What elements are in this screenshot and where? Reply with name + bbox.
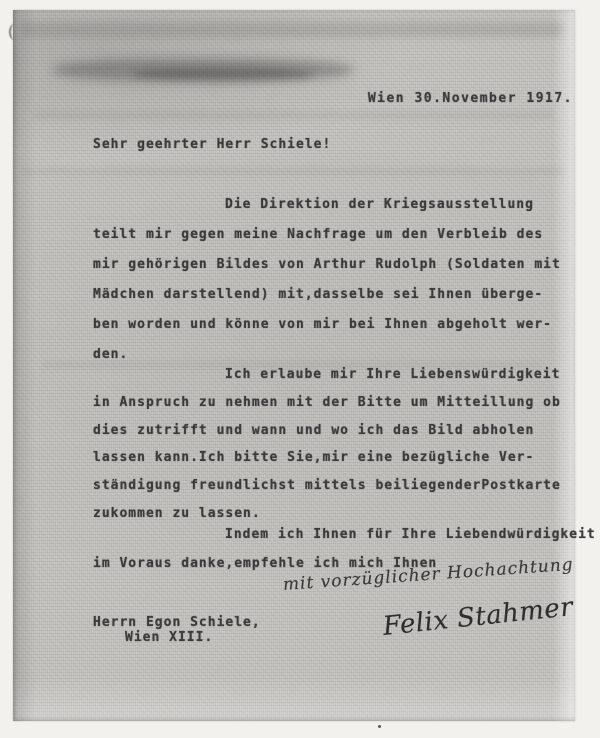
typed-line: Mädchen darstellend) mit,dasselbe sei Ih… — [93, 288, 543, 301]
salutation: Sehr geehrter Herr Schiele! — [93, 138, 331, 151]
typed-line: Die Direktion der Kriegsausstellung — [225, 198, 534, 211]
typed-line: ben worden und könne von mir bei Ihnen a… — [93, 318, 552, 331]
typed-line: dies zutrifft und wann und wo ich das Bi… — [93, 424, 534, 437]
recipient-city-line: Wien XIII. — [125, 631, 213, 644]
date-line: Wien 30.November 1917. — [368, 92, 573, 105]
handwritten-signature: Felix Stahmer — [381, 592, 574, 642]
scan-streak — [33, 112, 553, 118]
typed-line: Indem ich Ihnen für Ihre Liebendwürdigke… — [225, 528, 596, 541]
typed-line: mir gehörigen Bildes von Arthur Rudolph … — [93, 258, 561, 271]
typed-line: lassen kann.Ich bitte Sie,mir eine bezüg… — [93, 451, 534, 464]
scan-edge-mark — [9, 24, 19, 40]
scan-smudge-bar — [53, 58, 353, 82]
recipient-name-line: Herrn Egon Schiele, — [93, 616, 261, 629]
typed-line: zukommen zu lassen. — [93, 507, 261, 520]
scanned-letter-image: Wien 30.November 1917. Sehr geehrter Her… — [0, 0, 600, 738]
scan-streak — [23, 168, 563, 175]
letter-paper: Wien 30.November 1917. Sehr geehrter Her… — [13, 10, 575, 721]
scan-smudge-top-band — [19, 22, 564, 37]
scan-smudge-bar-dark — [133, 68, 313, 80]
typed-line: den. — [93, 348, 128, 361]
typed-line: Ich erlaube mir Ihre Liebenswürdigkeit — [225, 368, 560, 381]
typed-line: ständigung freundlichst mittels beiliege… — [93, 479, 561, 492]
scan-speck — [378, 725, 381, 728]
typed-line: in Anspruch zu nehmen mit der Bitte um M… — [93, 396, 561, 409]
typed-line: teilt mir gegen meine Nachfrage um den V… — [93, 228, 543, 241]
